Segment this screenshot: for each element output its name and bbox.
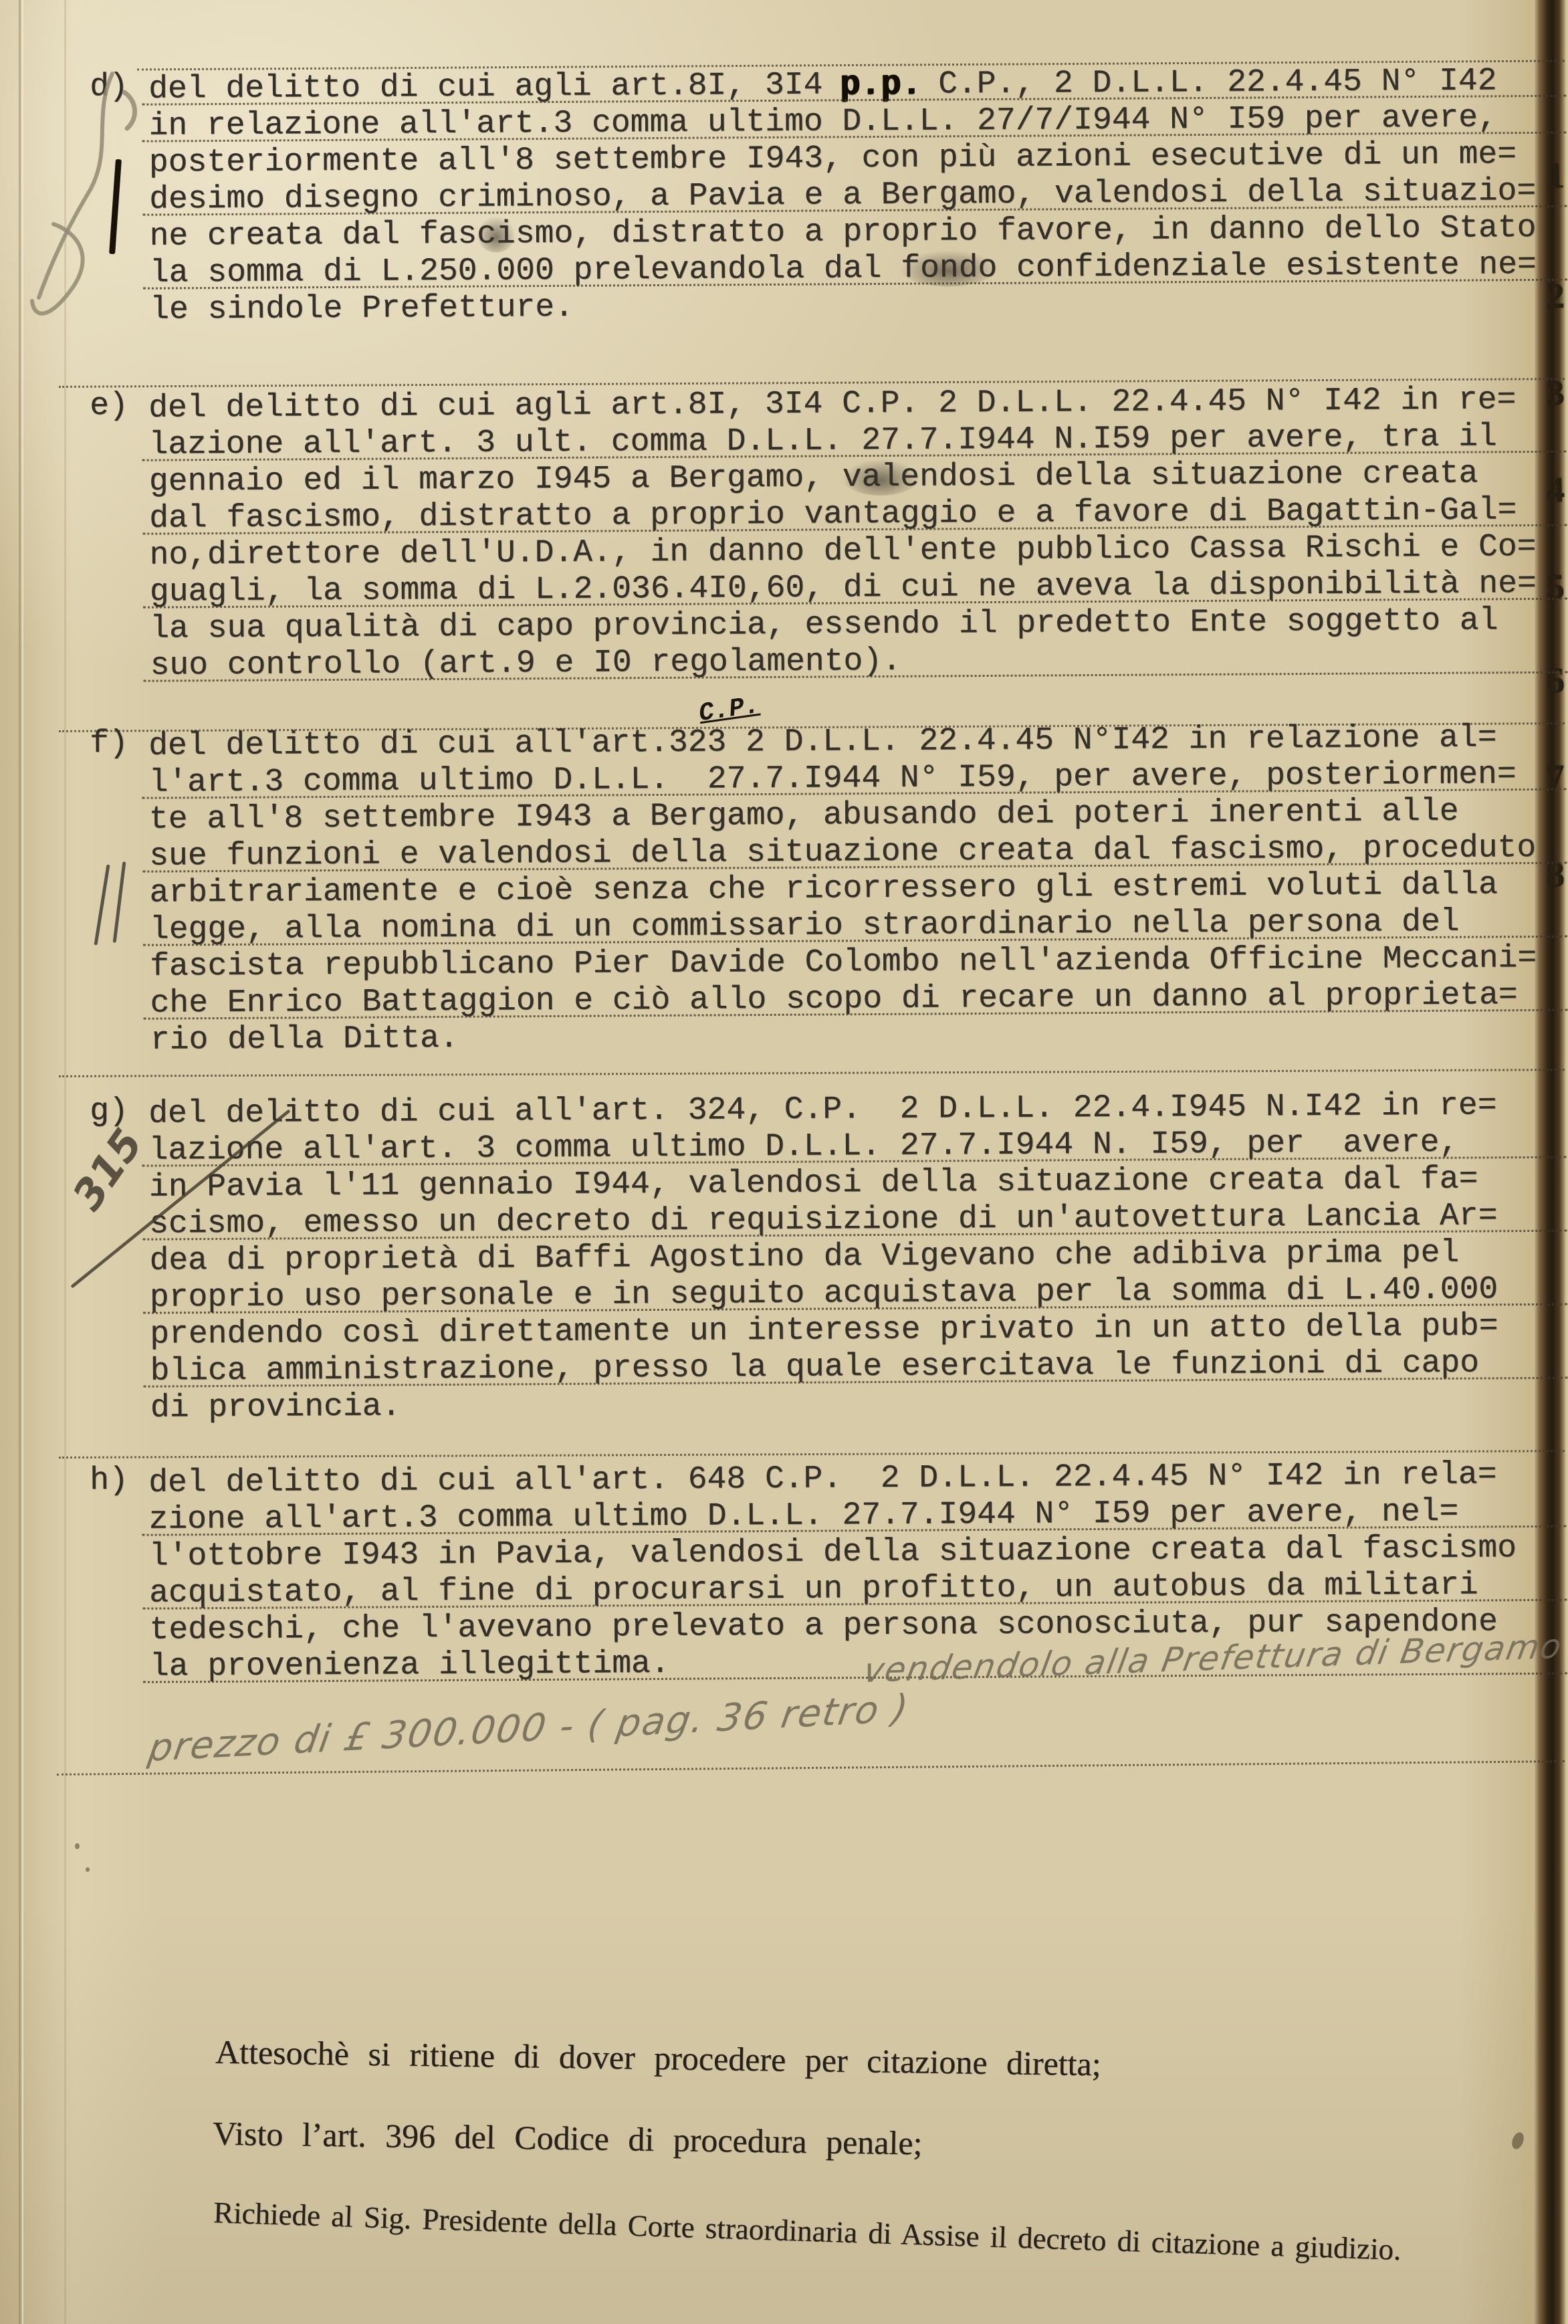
ink-overstrike: fondo (901, 250, 997, 287)
margin-number-315: 315 (63, 1120, 152, 1219)
charge-paragraph-h: h)del delitto di cui all'art. 648 C.P. 2… (0, 1457, 1568, 1466)
pencil-scribble-mark (12, 54, 152, 348)
left-margin-crease (64, 0, 66, 2324)
left-edge-crease (19, 0, 21, 2324)
charge-line: suo controllo (art.9 e I0 regolamento). (150, 639, 1567, 685)
document-page: 12345678 d)del delitto di cui agli art.8… (0, 0, 1568, 2324)
charge-label: h) (90, 1463, 128, 1499)
double-bar-mark-2 (113, 861, 126, 943)
charge-line: di provincia. (150, 1382, 1568, 1427)
ink-overstrike: vale (843, 459, 920, 496)
ink-overstrike: ci (477, 216, 516, 252)
ink-speck (1510, 2131, 1526, 2151)
closing-line-visto: Visto l’art. 396 del Codice di procedura… (213, 2114, 923, 2163)
charge-paragraph-f: f)del delitto di cui all'art.323 2 D.L.L… (0, 720, 1568, 729)
closing-line-richiede: Richiede al Sig. Presidente della Corte … (213, 2195, 1402, 2267)
charge-label: f) (90, 726, 128, 762)
closing-line-attesoche: Attesochè si ritiene di dover procedere … (215, 2032, 1101, 2083)
pencil-note-line2: prezzo di £ 300.000 - ( pag. 36 retro ) (146, 1687, 913, 1770)
double-bar-mark-1 (94, 864, 110, 945)
charge-paragraph-g: g)del delitto di cui all'art. 324, C.P. … (0, 1087, 1568, 1097)
charge-label: e) (90, 388, 128, 425)
ruled-separator (59, 1069, 1565, 1077)
ink-speck (86, 1867, 90, 1872)
charge-line: rio della Ditta. (150, 1014, 1568, 1059)
ink-insertion-cp: C.P. (697, 692, 761, 728)
ink-speck (75, 1843, 80, 1849)
left-edge-highlight (22, 0, 23, 2324)
charge-line: le sindole Prefetture. (150, 284, 1567, 329)
